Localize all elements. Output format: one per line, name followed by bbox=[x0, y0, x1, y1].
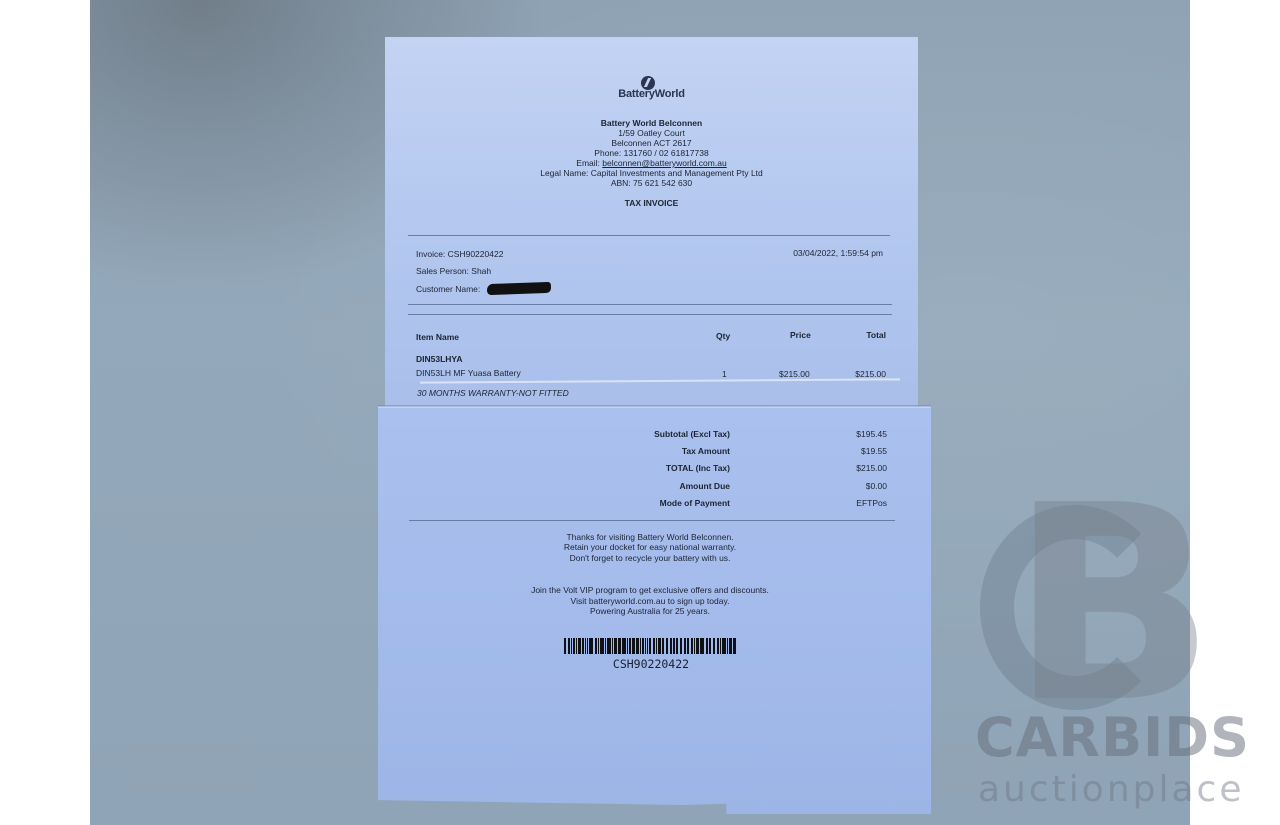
document-title: TAX INVOICE bbox=[385, 198, 918, 208]
item-price: $215.00 bbox=[779, 369, 810, 379]
paper-fold bbox=[378, 405, 931, 408]
column-header-qty: Qty bbox=[716, 331, 730, 341]
summary-label: TOTAL (Inc Tax) bbox=[580, 463, 730, 473]
sales-person: Sales Person: Shah bbox=[416, 266, 491, 276]
footer-promo-line3: Powering Australia for 25 years. bbox=[400, 606, 900, 616]
invoice-datetime: 03/04/2022, 1:59:54 pm bbox=[720, 248, 883, 258]
store-abn: ABN: 75 621 542 630 bbox=[385, 178, 918, 188]
customer-name-label: Customer Name: bbox=[416, 284, 480, 294]
store-legal-name: Legal Name: Capital Investments and Mana… bbox=[385, 168, 918, 178]
footer-thanks-line2: Retain your docket for easy national war… bbox=[400, 542, 900, 552]
footer-promo-line2: Visit batteryworld.com.au to sign up tod… bbox=[400, 596, 900, 606]
item-code: DIN53LHYA bbox=[416, 354, 462, 364]
store-email: Email: belconnen@batteryworld.com.au bbox=[385, 158, 918, 168]
summary-label: Tax Amount bbox=[580, 446, 730, 456]
store-address-line1: 1/59 Oatley Court bbox=[385, 128, 918, 138]
store-address-line2: Belconnen ACT 2617 bbox=[385, 138, 918, 148]
divider bbox=[408, 235, 890, 236]
divider bbox=[408, 304, 892, 305]
summary-label: Subtotal (Excl Tax) bbox=[580, 429, 730, 439]
store-email-label: Email: bbox=[576, 158, 602, 168]
footer-promo-line1: Join the Volt VIP program to get exclusi… bbox=[400, 585, 900, 595]
divider bbox=[408, 314, 892, 315]
item-description: DIN53LH MF Yuasa Battery bbox=[416, 368, 521, 378]
divider bbox=[409, 520, 895, 521]
summary-value: EFTPos bbox=[800, 498, 887, 508]
item-qty: 1 bbox=[722, 369, 727, 379]
summary-value: $195.45 bbox=[800, 429, 887, 439]
column-header-total: Total bbox=[836, 330, 886, 340]
store-logo: BatteryWorld bbox=[385, 88, 918, 100]
summary-value: $0.00 bbox=[800, 481, 887, 491]
item-total: $215.00 bbox=[836, 369, 886, 379]
column-header-price: Price bbox=[790, 330, 811, 340]
store-phone: Phone: 131760 / 02 61817738 bbox=[385, 148, 918, 158]
footer-thanks-line1: Thanks for visiting Battery World Belcon… bbox=[400, 532, 900, 542]
customer-name-redacted bbox=[487, 282, 551, 295]
store-name: Battery World Belconnen bbox=[385, 118, 918, 128]
footer-thanks-line3: Don't forget to recycle your battery wit… bbox=[400, 553, 900, 563]
watermark-letter: B bbox=[1010, 470, 1210, 740]
column-header-item-name: Item Name bbox=[416, 332, 459, 342]
summary-value: $19.55 bbox=[800, 446, 887, 456]
barcode bbox=[564, 638, 738, 654]
store-email-link[interactable]: belconnen@batteryworld.com.au bbox=[602, 158, 726, 168]
item-note: 30 MONTHS WARRANTY-NOT FITTED bbox=[417, 388, 569, 398]
watermark-tagline: auctionplace bbox=[978, 772, 1244, 808]
invoice-number: Invoice: CSH90220422 bbox=[416, 249, 503, 259]
watermark-brand: CARBIDS bbox=[975, 711, 1250, 765]
summary-label: Amount Due bbox=[580, 481, 730, 491]
summary-value: $215.00 bbox=[800, 463, 887, 473]
summary-label: Mode of Payment bbox=[580, 498, 730, 508]
barcode-value: CSH90220422 bbox=[564, 657, 738, 671]
